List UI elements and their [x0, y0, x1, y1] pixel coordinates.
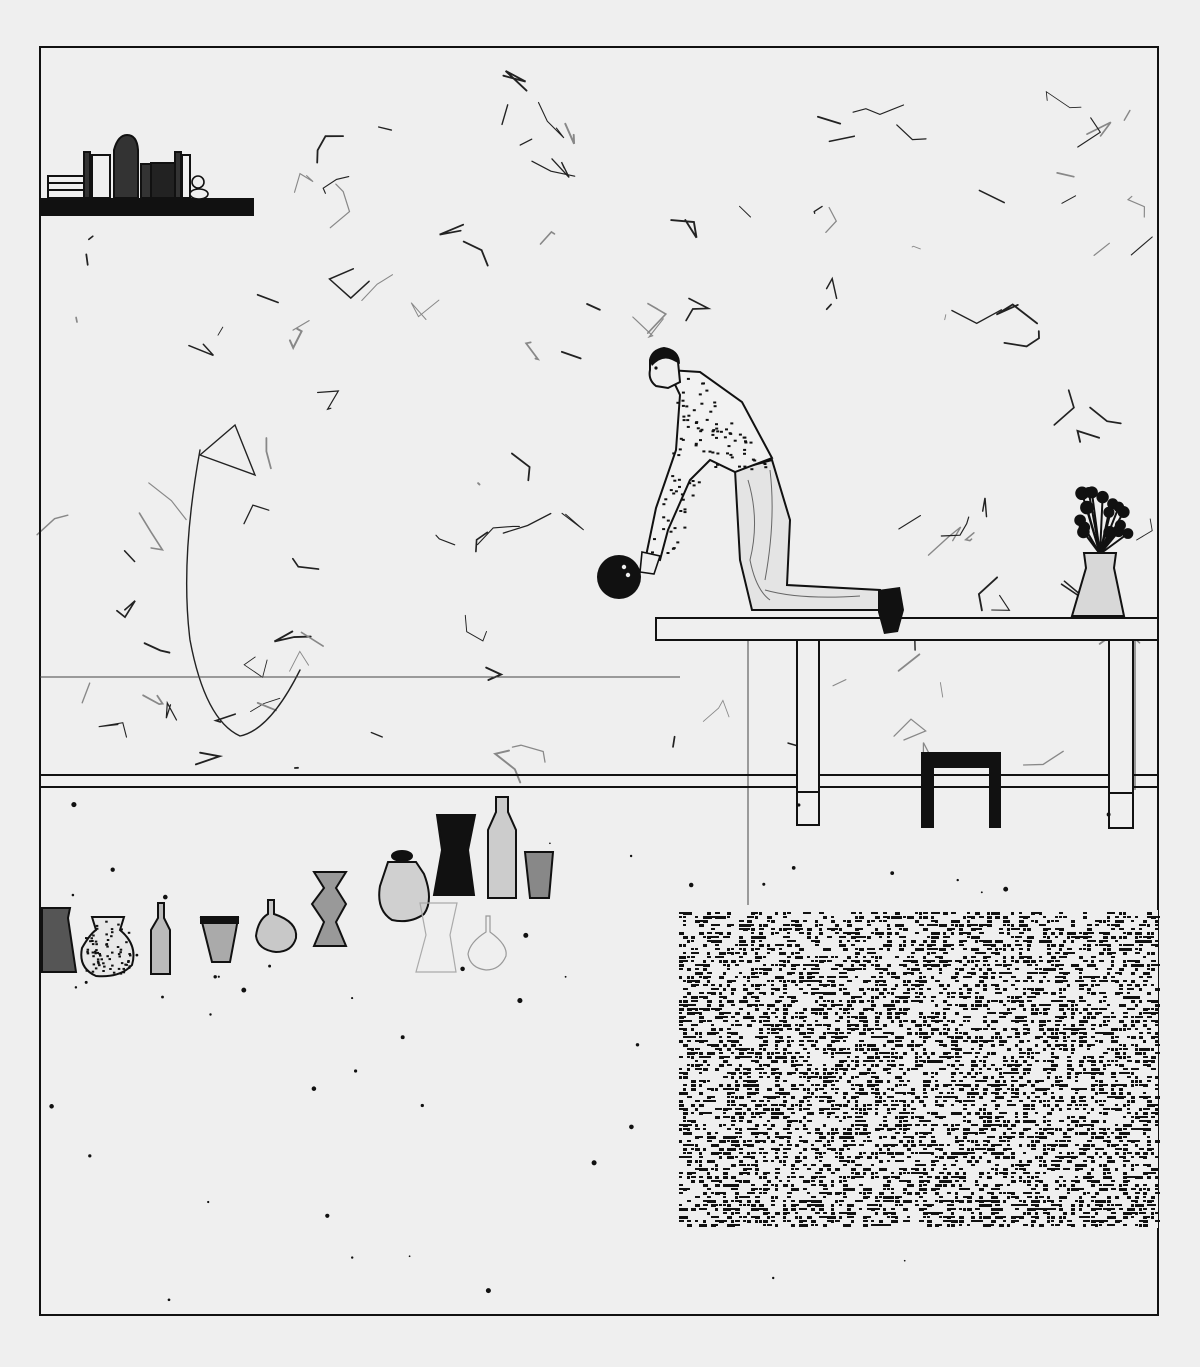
table-leg-left: [797, 640, 819, 825]
finger-hole: [622, 565, 626, 569]
carved-head-bust: [114, 135, 138, 198]
vessel-tumbler: [525, 852, 553, 898]
table-leg-right: [1109, 640, 1133, 828]
man-eye: [654, 366, 657, 369]
shelf-board: [40, 198, 254, 216]
vessel-black-hourglass: [434, 815, 475, 895]
finger-hole: [626, 573, 630, 577]
bowling-ball: [597, 555, 641, 599]
static-noise-panel: [677, 910, 1160, 1228]
illustration-canvas: [0, 0, 1200, 1367]
table-top: [656, 618, 1158, 640]
